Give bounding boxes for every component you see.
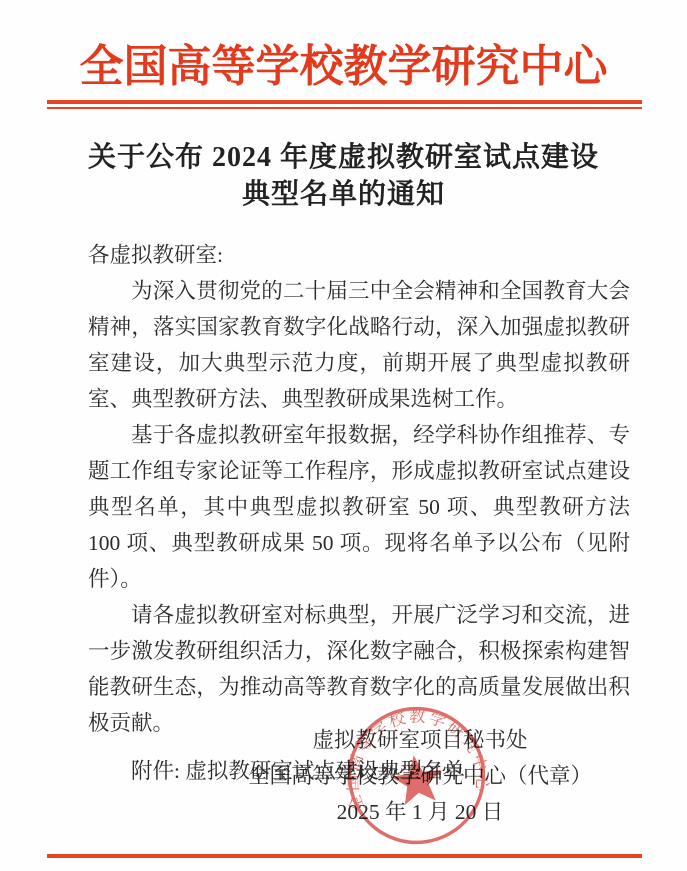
letterhead-rule-thick <box>47 100 642 104</box>
salutation: 各虚拟教研室: <box>88 237 630 273</box>
signature-issuer: 虚拟教研室项目秘书处 <box>225 722 615 758</box>
document-title: 关于公布 2024 年度虚拟教研室试点建设 典型名单的通知 <box>0 139 687 213</box>
body-paragraph-3: 请各虚拟教研室对标典型，开展广泛学习和交流，进一步激发教研组织活力，深化数字融合… <box>88 597 630 741</box>
notice-document-page: 全国高等学校教学研究中心 关于公布 2024 年度虚拟教研室试点建设 典型名单的… <box>0 0 687 871</box>
footer-rule <box>47 854 642 858</box>
document-body: 各虚拟教研室: 为深入贯彻党的二十届三中全会精神和全国教育大会精神，落实国家教育… <box>88 237 630 789</box>
document-title-line1: 关于公布 2024 年度虚拟教研室试点建设 <box>0 139 687 176</box>
document-title-line2: 典型名单的通知 <box>0 176 687 213</box>
letterhead-rule-thin <box>47 107 642 109</box>
signature-organization: 全国高等学校教学研究中心（代章） <box>225 758 615 794</box>
signature-block: 虚拟教研室项目秘书处 全国高等学校教学研究中心（代章） 2025 年 1 月 2… <box>225 722 615 830</box>
body-paragraph-1: 为深入贯彻党的二十届三中全会精神和全国教育大会精神，落实国家教育数字化战略行动，… <box>88 273 630 417</box>
body-paragraph-2: 基于各虚拟教研室年报数据，经学科协作组推荐、专题工作组专家论证等工作程序，形成虚… <box>88 417 630 597</box>
signature-date: 2025 年 1 月 20 日 <box>225 794 615 830</box>
letterhead-title: 全国高等学校教学研究中心 <box>0 30 687 94</box>
